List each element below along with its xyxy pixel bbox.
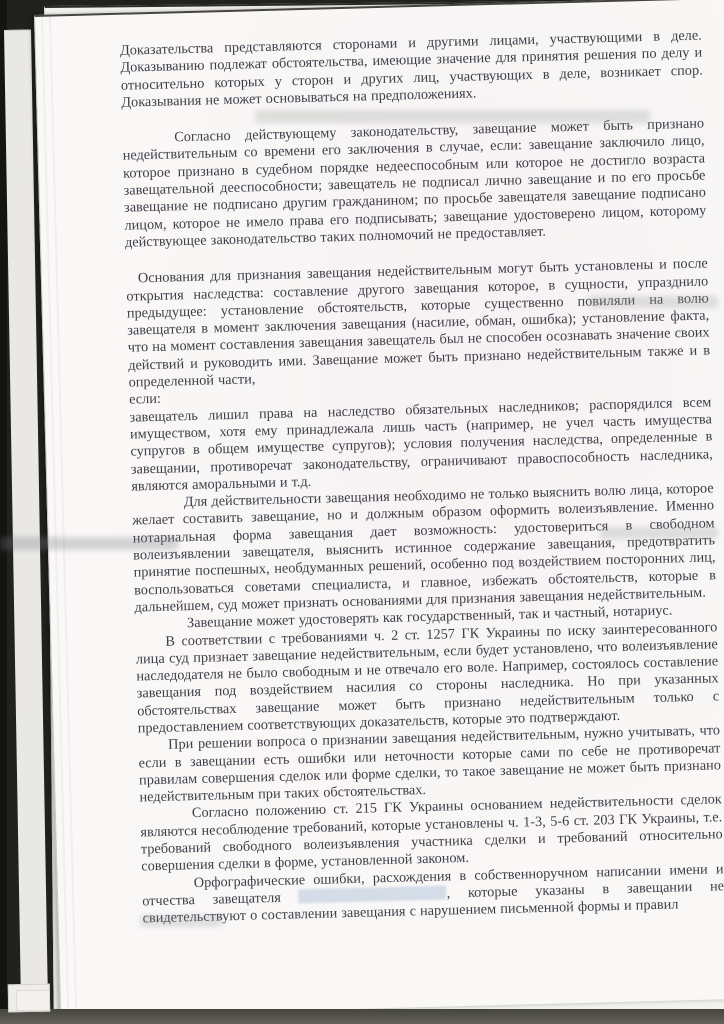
scanned-page: Доказательства представляются сторонами … — [34, 0, 724, 1017]
scanned-document-screenshot: { "document": { "paragraphs": [ "Доказат… — [0, 0, 724, 1024]
bleed-through-mark — [140, 915, 222, 927]
bleed-through-mark — [588, 296, 718, 308]
paper-corner — [16, 990, 50, 1011]
bleed-through-mark — [0, 537, 178, 550]
bottom-scan-band — [0, 1009, 724, 1024]
paragraph-evidence: Доказательства представляются сторонами … — [120, 28, 704, 112]
bleed-through-mark — [600, 527, 718, 539]
document-text: Доказательства представляются сторонами … — [120, 28, 724, 928]
bleed-through-mark — [255, 110, 650, 123]
redacted-testator-name — [298, 885, 446, 903]
paragraph-invalidity-grounds: Согласно действующему законодательству, … — [122, 116, 707, 252]
paragraph-after-opening: Основания для признания завещания недейс… — [126, 256, 711, 392]
paragraph-art-1257: В соответствии с требованиями ч. 2 ст. 1… — [135, 619, 720, 738]
paragraph-partial-invalidity: завещатель лишил права на наследство обя… — [129, 394, 713, 496]
paragraph-notarial-form: Для действительности завещания необходим… — [132, 480, 717, 616]
